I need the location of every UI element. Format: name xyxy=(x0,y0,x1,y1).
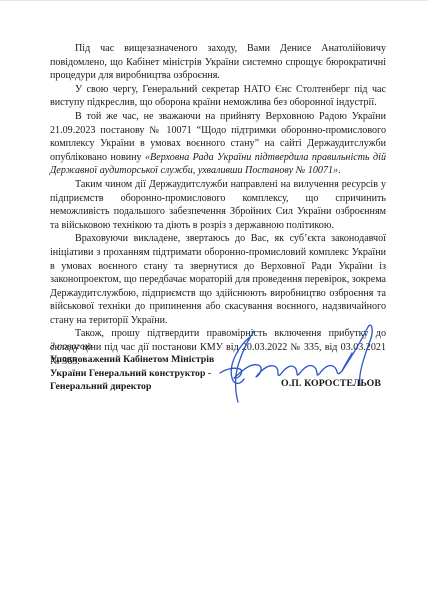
paragraph-nato-statement: У свою чергу, Генеральний секретар НАТО … xyxy=(50,83,386,110)
resolution-text-end: . xyxy=(338,165,341,176)
handwritten-signature-icon xyxy=(210,323,385,403)
paragraph-request-moratorium: Враховуючи викладене, звертаюсь до Вас, … xyxy=(50,232,386,327)
paragraph-resolution-10071: В той же час, не зважаючи на прийняту Ве… xyxy=(50,110,386,178)
paragraph-consequences: Таким чином дії Держаудитслужби направле… xyxy=(50,178,386,232)
signer-name: О.П. КОРОСТЕЛЬОВ xyxy=(281,378,381,389)
document-page: Під час вищезазначеного заходу, Вами Ден… xyxy=(0,0,428,605)
paragraph-event-statement: Під час вищезазначеного заходу, Вами Ден… xyxy=(50,42,386,83)
letter-body: Під час вищезазначеного заходу, Вами Ден… xyxy=(50,42,386,368)
